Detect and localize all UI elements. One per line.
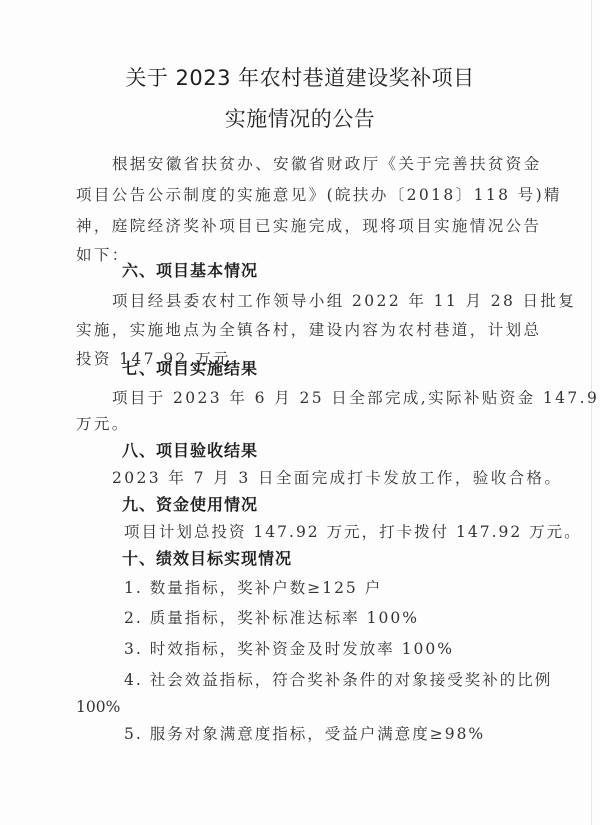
section-impl-line-1: 项目于 2023 年 6 月 25 日全部完成,实际补贴资金 147.92 bbox=[112, 386, 600, 408]
document-title-line2: 实施情况的公告 bbox=[0, 103, 600, 133]
section-funds-line-1: 项目计划总投资 147.92 万元，打卡拨付 147.92 万元。 bbox=[124, 520, 582, 542]
performance-item-4-cont: 100% bbox=[76, 698, 120, 716]
intro-line-2: 项目公告公示制度的实施意见》(皖扶办〔2018〕118 号)精 bbox=[76, 183, 562, 205]
performance-item-4: 4. 社会效益指标，符合奖补条件的对象接受奖补的比例 bbox=[124, 668, 552, 690]
intro-line-3: 神，庭院经济奖补项目已实施完成，现将项目实施情况公告 bbox=[76, 214, 541, 236]
section-heading-implementation: 七、项目实施结果 bbox=[122, 356, 258, 379]
performance-item-5: 5. 服务对象满意度指标，受益户满意度≥98% bbox=[124, 722, 485, 744]
document-title-line1: 关于 2023 年农村巷道建设奖补项目 bbox=[0, 62, 600, 92]
section-impl-line-2: 万元。 bbox=[76, 412, 130, 434]
document-page: 关于 2023 年农村巷道建设奖补项目 实施情况的公告 根据安徽省扶贫办、安徽省… bbox=[0, 0, 600, 825]
section-heading-performance: 十、绩效目标实现情况 bbox=[122, 546, 292, 569]
section-basic-line-1: 项目经县委农村工作领导小组 2022 年 11 月 28 日批复 bbox=[112, 289, 576, 311]
performance-item-2: 2. 质量指标，奖补标准达标率 100% bbox=[124, 606, 419, 628]
section-accept-line-1: 2023 年 7 月 3 日全面完成打卡发放工作，验收合格。 bbox=[112, 466, 562, 488]
performance-item-3: 3. 时效指标，奖补资金及时发放率 100% bbox=[124, 637, 454, 659]
section-heading-funds: 九、资金使用情况 bbox=[122, 492, 258, 515]
intro-line-1: 根据安徽省扶贫办、安徽省财政厅《关于完善扶贫资金 bbox=[112, 152, 542, 174]
section-heading-basic-info: 六、项目基本情况 bbox=[122, 258, 258, 281]
section-heading-acceptance: 八、项目验收结果 bbox=[122, 438, 258, 461]
section-basic-line-2: 实施，实施地点为全镇各村，建设内容为农村巷道，计划总 bbox=[76, 318, 541, 340]
performance-item-1: 1. 数量指标，奖补户数≥125 户 bbox=[124, 576, 382, 598]
